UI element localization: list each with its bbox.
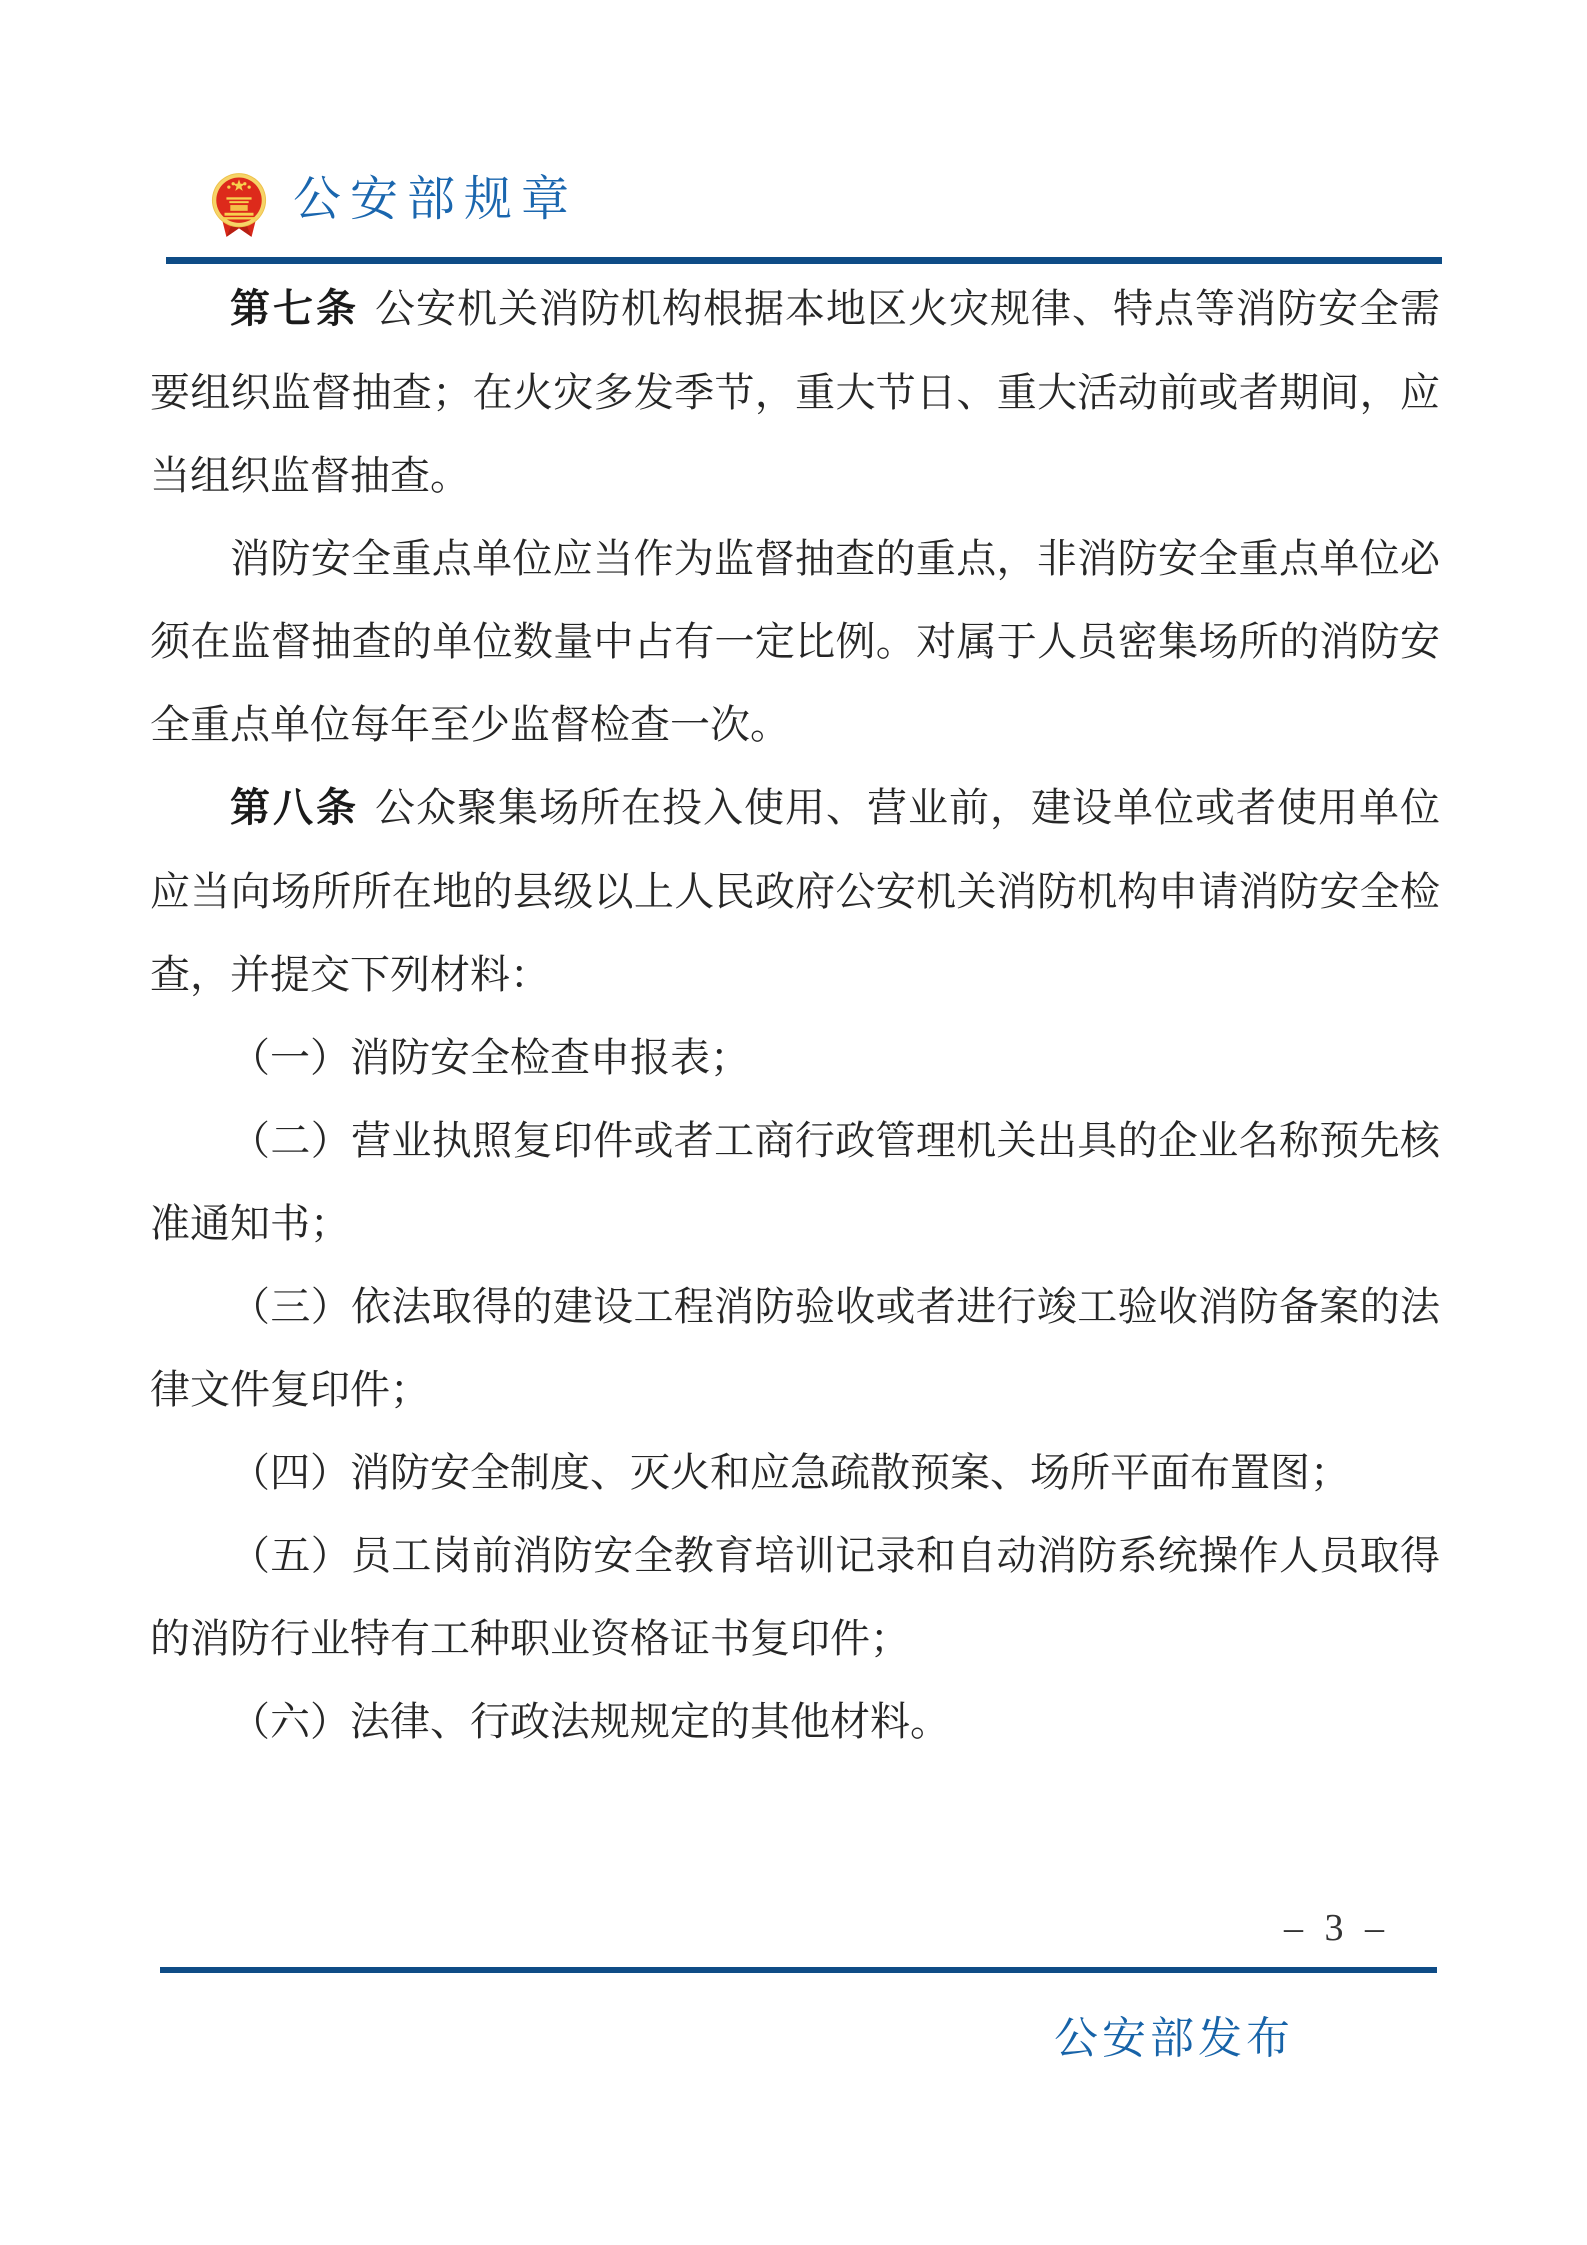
article-number-label: 第八条: [230, 786, 359, 830]
list-item: （五）员工岗前消防安全教育培训记录和自动消防系统操作人员取得的消防行业特有工种职…: [150, 1514, 1440, 1680]
list-item: （六）法律、行政法规规定的其他材料。: [150, 1680, 1440, 1763]
header-divider: [166, 257, 1442, 264]
emblem-graphic: [210, 171, 268, 241]
article-number-label: 第七条: [230, 287, 359, 331]
article-paragraph: 第八条公众聚集场所在投入使用、营业前，建设单位或者使用单位应当向场所所在地的县级…: [150, 766, 1440, 1016]
page-title: 公安部规章: [293, 172, 578, 228]
china-national-emblem-icon: [210, 171, 268, 241]
list-item: （一）消防安全检查申报表；: [150, 1016, 1440, 1099]
list-item: （二）营业执照复印件或者工商行政管理机关出具的企业名称预先核准通知书；: [150, 1099, 1440, 1265]
body-paragraph: 消防安全重点单位应当作为监督抽查的重点，非消防安全重点单位必须在监督抽查的单位数…: [150, 517, 1440, 766]
footer-divider: [160, 1967, 1437, 1973]
article-paragraph: 第七条公安机关消防机构根据本地区火灾规律、特点等消防安全需要组织监督抽查；在火灾…: [150, 267, 1440, 517]
page-number: – 3 –: [1284, 1906, 1390, 1950]
document-page: 公安部规章 第七条公安机关消防机构根据本地区火灾规律、特点等消防安全需要组织监督…: [0, 0, 1587, 2245]
document-body: 第七条公安机关消防机构根据本地区火灾规律、特点等消防安全需要组织监督抽查；在火灾…: [150, 267, 1440, 1763]
list-item: （四）消防安全制度、灭火和应急疏散预案、场所平面布置图；: [150, 1431, 1440, 1514]
list-item: （三）依法取得的建设工程消防验收或者进行竣工验收消防备案的法律文件复印件；: [150, 1265, 1440, 1431]
publisher-label: 公安部发布: [1054, 2002, 1294, 2066]
